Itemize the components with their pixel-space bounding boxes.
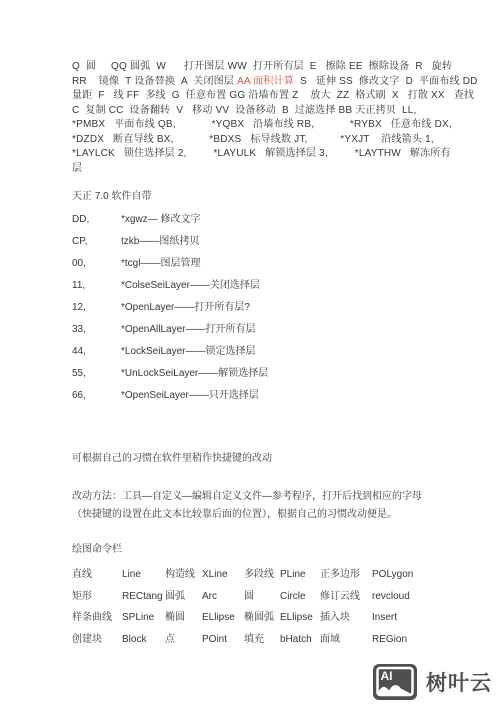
table-cell: revcloud [372,586,440,608]
table-cell: 创建块 [72,629,122,651]
table-cell: 圆弧 [165,586,202,608]
table-cell: 椭圆弧 [244,607,280,629]
shortcut-key-paragraph: Q 圆 QQ 圆弧 W 打开图层 WW 打开所有层 E 擦除 EE 擦除设备 R… [72,60,440,176]
draw-commands-heading: 绘图命令栏 [72,543,440,557]
table-cell: Insert [372,607,440,629]
command-description: *OpenAllLayer——打开所有层 [121,319,440,341]
table-cell: 修订云线 [320,586,372,608]
table-cell: 正多边形 [320,564,372,586]
document-page: Q 圆 QQ 圆弧 W 打开图层 WW 打开所有层 E 擦除 EE 擦除设备 R… [0,0,500,708]
table-cell: 面域 [320,629,372,651]
table-cell: POLygon [372,564,440,586]
list-item: 11,*ColseSeiLayer——关闭选择层 [72,275,440,297]
command-key: DD, [72,209,121,231]
table-cell: PLine [280,564,320,586]
table-cell: ELlipse [280,607,320,629]
table-cell: 矩形 [72,586,122,608]
command-key: 00, [72,253,121,275]
table-cell: XLine [202,564,244,586]
command-description: *ColseSeiLayer——关闭选择层 [121,275,440,297]
svg-text:AI: AI [381,669,393,683]
brand-watermark: AI 树叶云 [372,663,492,701]
command-key: 11, [72,275,121,297]
tianzheng-section-heading: 天正 7.0 软件自带 [72,190,440,204]
table-cell: 构造线 [165,564,202,586]
table-cell: 填充 [244,629,280,651]
table-cell: Block [122,629,165,651]
command-key: 66, [72,385,121,407]
table-cell: ELlipse [202,607,244,629]
list-item: 00,*tcgl——图层管理 [72,253,440,275]
command-description: *LockSeiLayer——锁定选择层 [121,341,440,363]
table-cell: Circle [280,586,320,608]
shortcut-text-after-red: S 延伸 SS 修改文字 D 平面布线 DD 量距 F 线 FF 多线 G 任意… [72,76,478,174]
command-key: 33, [72,319,121,341]
command-key: CP, [72,231,121,253]
table-cell: REGion [372,629,440,651]
list-item: CP,tzkb——图纸拷贝 [72,231,440,253]
method-note-paragraph: 改动方法：工具—自定义—编辑自定义文件—参考程序，打开后找到相应的字母（快捷键的… [72,488,440,523]
ai-image-logo-icon: AI [372,663,418,701]
list-item: 55,*UnLockSeiLayer——解锁选择层 [72,363,440,385]
table-cell: Arc [202,586,244,608]
area-calc-highlight: AA 面积计算 [237,76,294,87]
table-cell: 样条曲线 [72,607,122,629]
table-cell: RECtang [122,586,165,608]
command-description: tzkb——图纸拷贝 [121,231,440,253]
habit-note-line: 可根据自己的习惯在软件里稍作快捷键的改动 [72,452,440,466]
table-cell: bHatch [280,629,320,651]
list-item: 44,*LockSeiLayer——锁定选择层 [72,341,440,363]
command-description: *UnLockSeiLayer——解锁选择层 [121,363,440,385]
table-cell: Line [122,564,165,586]
command-description: *tcgl——图层管理 [121,253,440,275]
table-cell: 椭圆 [165,607,202,629]
command-key: 55, [72,363,121,385]
table-cell: 点 [165,629,202,651]
command-description: *xgwz— 修改文字 [121,209,440,231]
list-item: 12,*OpenLayer——打开所有层? [72,297,440,319]
command-description: *OpenLayer——打开所有层? [121,297,440,319]
table-cell: 多段线 [244,564,280,586]
command-key: 12, [72,297,121,319]
list-item: DD,*xgwz— 修改文字 [72,209,440,231]
brand-name-text: 树叶云 [426,667,492,697]
table-cell: 直线 [72,564,122,586]
command-key: 44, [72,341,121,363]
list-item: 66,*OpenSeiLayer——只开选择层 [72,385,440,407]
tianzheng-command-list: DD,*xgwz— 修改文字 CP,tzkb——图纸拷贝 00,*tcgl——图… [72,209,440,407]
list-item: 33,*OpenAllLayer——打开所有层 [72,319,440,341]
table-cell: 插入块 [320,607,372,629]
command-description: *OpenSeiLayer——只开选择层 [121,385,440,407]
table-cell: 圆 [244,586,280,608]
table-cell: SPLine [122,607,165,629]
table-cell: POint [202,629,244,651]
draw-commands-table: 直线 Line 构造线 XLine 多段线 PLine 正多边形 POLygon… [72,564,440,650]
